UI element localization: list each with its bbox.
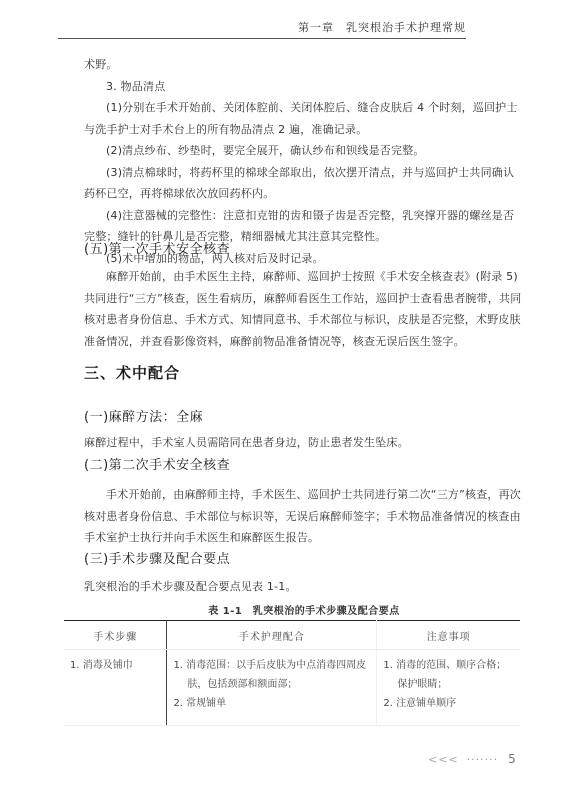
note-item-2: 2. 注意铺单顺序	[383, 694, 514, 713]
chevrons-left-icon: <<<	[428, 753, 459, 766]
paragraph-continuation: 术野。	[84, 54, 524, 76]
list-item-3: (3)清点棉球时，将药杯里的棉球全部取出，依次摆开清点，并与巡回护士共同确认药杯…	[84, 162, 524, 205]
chapter-label: 第一章	[298, 21, 334, 34]
table-header-row: 手术步骤 手术护理配合 注意事项	[64, 621, 520, 650]
dotted-leader: ·······	[467, 753, 498, 766]
list-item-2: (2)清点纱布、纱垫时，要完全展开，确认纱布和钡线是否完整。	[84, 140, 524, 162]
paragraph-first-safety-check: 麻醉开始前，由手术医生主持，麻醉师、巡回护士按照《手术安全核查表》(附录 5)共…	[84, 266, 524, 352]
cell-notes: 1. 消毒的范围、顺序合格；保护眼睛； 2. 注意铺单顺序	[377, 650, 520, 726]
section-title-anesthesia: (一)麻醉方法：全麻	[84, 408, 524, 428]
section-title-second-safety-check: (二)第二次手术安全核查	[84, 456, 524, 476]
running-header: 第一章乳突根治手术护理常规	[58, 18, 466, 39]
care-item-1: 1. 消毒范围：以手后皮肤为中点消毒四周皮肤，包括颈部和额面部；	[173, 656, 370, 694]
page-number: 5	[508, 752, 517, 766]
column-header-notes: 注意事项	[377, 621, 520, 650]
page-footer: <<<·······5	[428, 752, 517, 766]
column-header-care: 手术护理配合	[167, 621, 377, 650]
cell-step: 1. 消毒及铺巾	[64, 650, 167, 726]
list-item-1: (1)分别在手术开始前、关闭体腔前、关闭体腔后、缝合皮肤后 4 个时刻，巡回护士…	[84, 97, 524, 140]
paragraph-second-safety-check: 手术开始前，由麻醉师主持，手术医生、巡回护士共同进行第二次“三方”核查，再次核对…	[84, 484, 524, 549]
care-item-2: 2. 常规铺单	[173, 694, 370, 713]
table-caption: 表 1-1 乳突根治的手术步骤及配合要点	[84, 602, 524, 617]
paragraph-anesthesia: 麻醉过程中，手术室人员需陪同在患者身边，防止患者发生坠床。	[84, 432, 524, 454]
paragraph-table-reference: 乳突根治的手术步骤及配合要点见表 1-1。	[84, 576, 524, 598]
section-title-first-safety-check: (五)第一次手术安全核查	[84, 240, 524, 260]
part-title-intraop: 三、术中配合	[84, 362, 524, 383]
cell-care: 1. 消毒范围：以手后皮肤为中点消毒四周皮肤，包括颈部和额面部； 2. 常规铺单	[167, 650, 377, 726]
table-row: 1. 消毒及铺巾 1. 消毒范围：以手后皮肤为中点消毒四周皮肤，包括颈部和额面部…	[64, 650, 520, 726]
section-title-surgical-steps: (三)手术步骤及配合要点	[84, 550, 524, 570]
chapter-title: 乳突根治手术护理常规	[346, 21, 466, 34]
surgical-steps-table: 手术步骤 手术护理配合 注意事项 1. 消毒及铺巾 1. 消毒范围：以手后皮肤为…	[64, 620, 520, 726]
column-header-step: 手术步骤	[64, 621, 167, 650]
subsection-title-item-count: 3. 物品清点	[84, 76, 524, 98]
note-item-1: 1. 消毒的范围、顺序合格；保护眼睛；	[383, 656, 514, 694]
